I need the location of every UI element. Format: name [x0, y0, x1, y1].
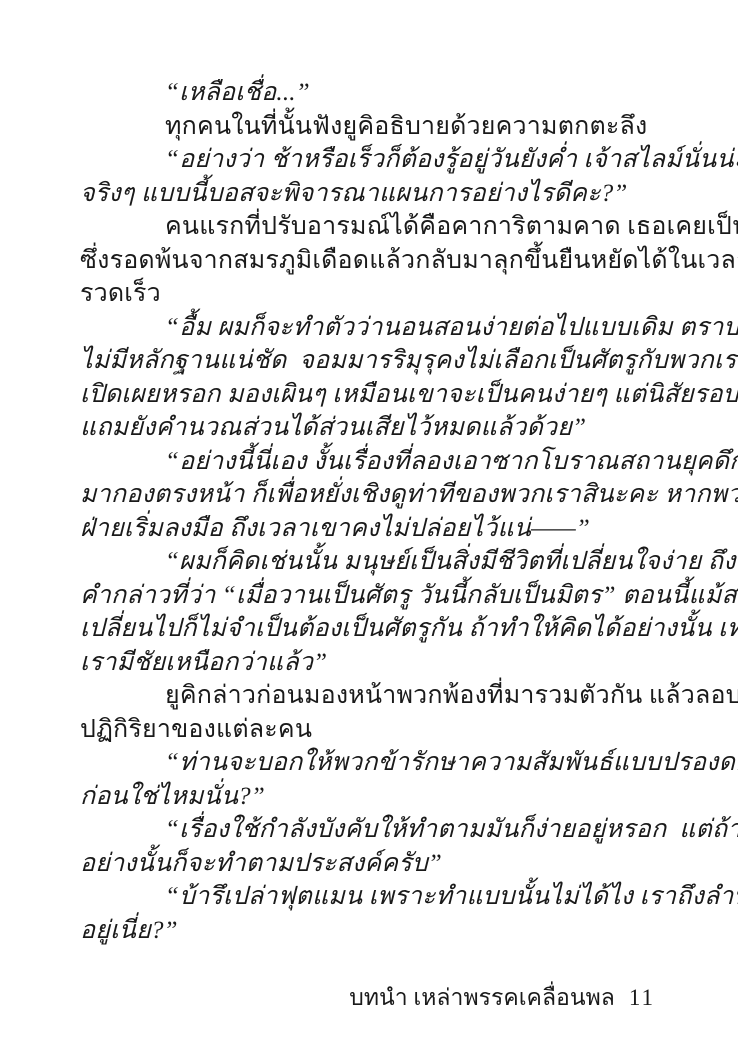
text-line: “อื้ม ผมก็จะทำตัวว่านอนสอนง่ายต่อไปแบบเด… [80, 311, 658, 345]
text-line: ก่อนใช่ไหมนั่น?” [80, 780, 658, 814]
text-line: “ผมก็คิดเช่นนั้น มนุษย์เป็นสิ่งมีชีวิตที… [80, 545, 658, 579]
text-line: คนแรกที่ปรับอารมณ์ได้คือคาการิตามคาด เธอ… [80, 210, 658, 244]
book-page: “เหลือเชื่อ...”ทุกคนในที่นั้นฟังยูคิอธิบ… [0, 0, 738, 1051]
text-line: “เหลือเชื่อ...” [80, 76, 658, 110]
text-line: เปลี่ยนไปก็ไม่จำเป็นต้องเป็นศัตรูกัน ถ้า… [80, 612, 658, 646]
text-line: คำกล่าวที่ว่า “เมื่อวานเป็นศัตรู วันนี้ก… [80, 579, 658, 613]
text-line: เปิดเผยหรอก มองเผินๆ เหมือนเขาจะเป็นคนง่… [80, 378, 658, 412]
text-line: รวดเร็ว [80, 277, 658, 311]
text-line: “บ้ารึเปล่าฟุตแมน เพราะทำแบบนั้นไม่ได้ไง… [80, 880, 658, 914]
text-line: เรามีชัยเหนือกว่าแล้ว” [80, 646, 658, 680]
text-line: “ท่านจะบอกให้พวกข้ารักษาความสัมพันธ์แบบป… [80, 746, 658, 780]
page-text-block: “เหลือเชื่อ...”ทุกคนในที่นั้นฟังยูคิอธิบ… [80, 76, 658, 947]
text-line: มากองตรงหน้า ก็เพื่อหยั่งเชิงดูท่าทีของพ… [80, 478, 658, 512]
text-line: “เรื่องใช้กำลังบังคับให้ทำตามมันก็ง่ายอย… [80, 813, 658, 847]
text-line: ทุกคนในที่นั้นฟังยูคิอธิบายด้วยความตกตะล… [80, 110, 658, 144]
page-footer: บทนำ เหล่าพรรคเคลื่อนพล11 [326, 953, 655, 1043]
text-line: “อย่างว่า ช้าหรือเร็วก็ต้องรู้อยู่วันยัง… [80, 143, 658, 177]
text-line: ไม่มีหลักฐานแน่ชัด จอมมารริมุรุคงไม่เลือ… [80, 344, 658, 378]
footer-chapter-title: บทนำ เหล่าพรรคเคลื่อนพล [349, 985, 615, 1010]
text-line: อย่างนั้นก็จะทำตามประสงค์ครับ” [80, 847, 658, 881]
text-line: อยู่เนี่ย?” [80, 914, 658, 948]
text-line: แถมยังคำนวณส่วนได้ส่วนเสียไว้หมดแล้วด้วย… [80, 411, 658, 445]
text-line: “อย่างนี้นี่เอง งั้นเรื่องที่ลองเอาซากโบ… [80, 445, 658, 479]
text-line: ซึ่งรอดพ้นจากสมรภูมิเดือดแล้วกลับมาลุกขึ… [80, 244, 658, 278]
text-line: ยูคิกล่าวก่อนมองหน้าพวกพ้องที่มารวมตัวกั… [80, 679, 658, 713]
text-line: ฝ่ายเริ่มลงมือ ถึงเวลาเขาคงไม่ปล่อยไว้แน… [80, 512, 658, 546]
text-line: จริงๆ แบบนี้บอสจะพิจารณาแผนการอย่างไรดีค… [80, 177, 658, 211]
text-line: ปฏิกิริยาของแต่ละคน [80, 713, 658, 747]
footer-page-number: 11 [629, 985, 655, 1010]
